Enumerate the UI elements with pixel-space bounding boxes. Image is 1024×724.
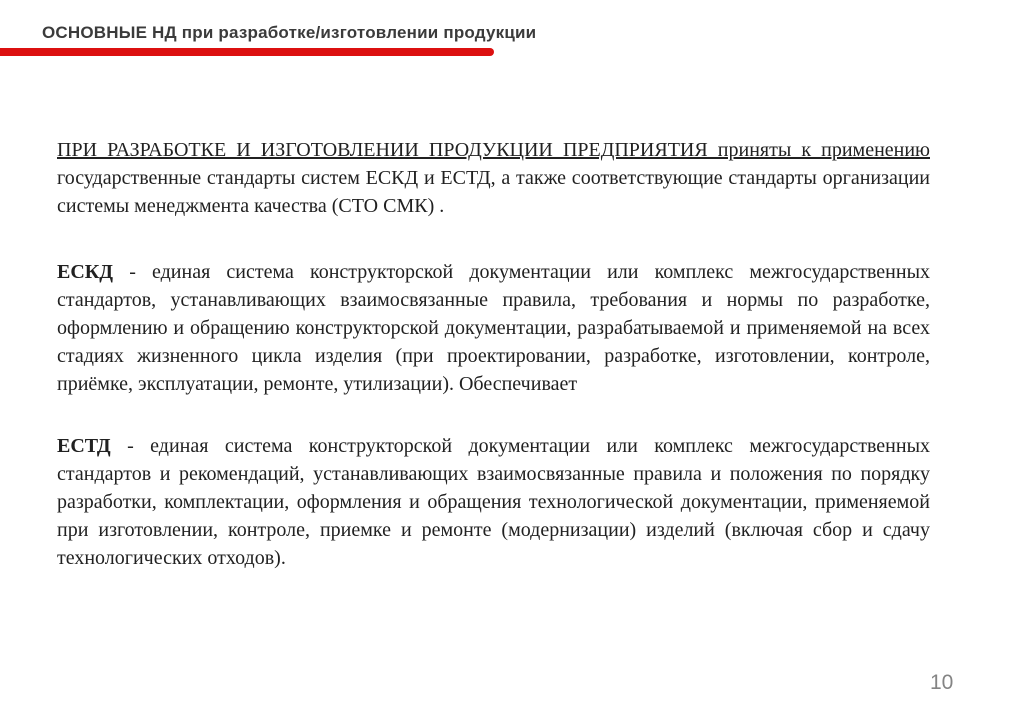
- slide-title: ОСНОВНЫЕ НД при разработке/изготовлении …: [42, 23, 536, 43]
- intro-underlined-text: ПРИ РАЗРАБОТКЕ И ИЗГОТОВЛЕНИИ ПРОДУКЦИИ …: [57, 139, 930, 161]
- page-number: 10: [930, 671, 953, 695]
- definition-eskd-term: ЕСКД: [57, 261, 113, 283]
- definition-eskd-text: - единая система конструкторской докумен…: [57, 261, 930, 395]
- presentation-slide: ОСНОВНЫЕ НД при разработке/изготовлении …: [0, 0, 1024, 724]
- definition-estd-text: - единая система конструкторской докумен…: [57, 435, 930, 569]
- definition-estd-term: ЕСТД: [57, 435, 111, 457]
- intro-rest-text: государственные стандарты систем ЕСКД и …: [57, 167, 930, 217]
- definition-estd: ЕСТД - единая система конструкторской до…: [57, 432, 930, 572]
- intro-paragraph: ПРИ РАЗРАБОТКЕ И ИЗГОТОВЛЕНИИ ПРОДУКЦИИ …: [57, 136, 930, 220]
- definition-eskd: ЕСКД - единая система конструкторской до…: [57, 258, 930, 398]
- title-underline-bar: [0, 48, 494, 56]
